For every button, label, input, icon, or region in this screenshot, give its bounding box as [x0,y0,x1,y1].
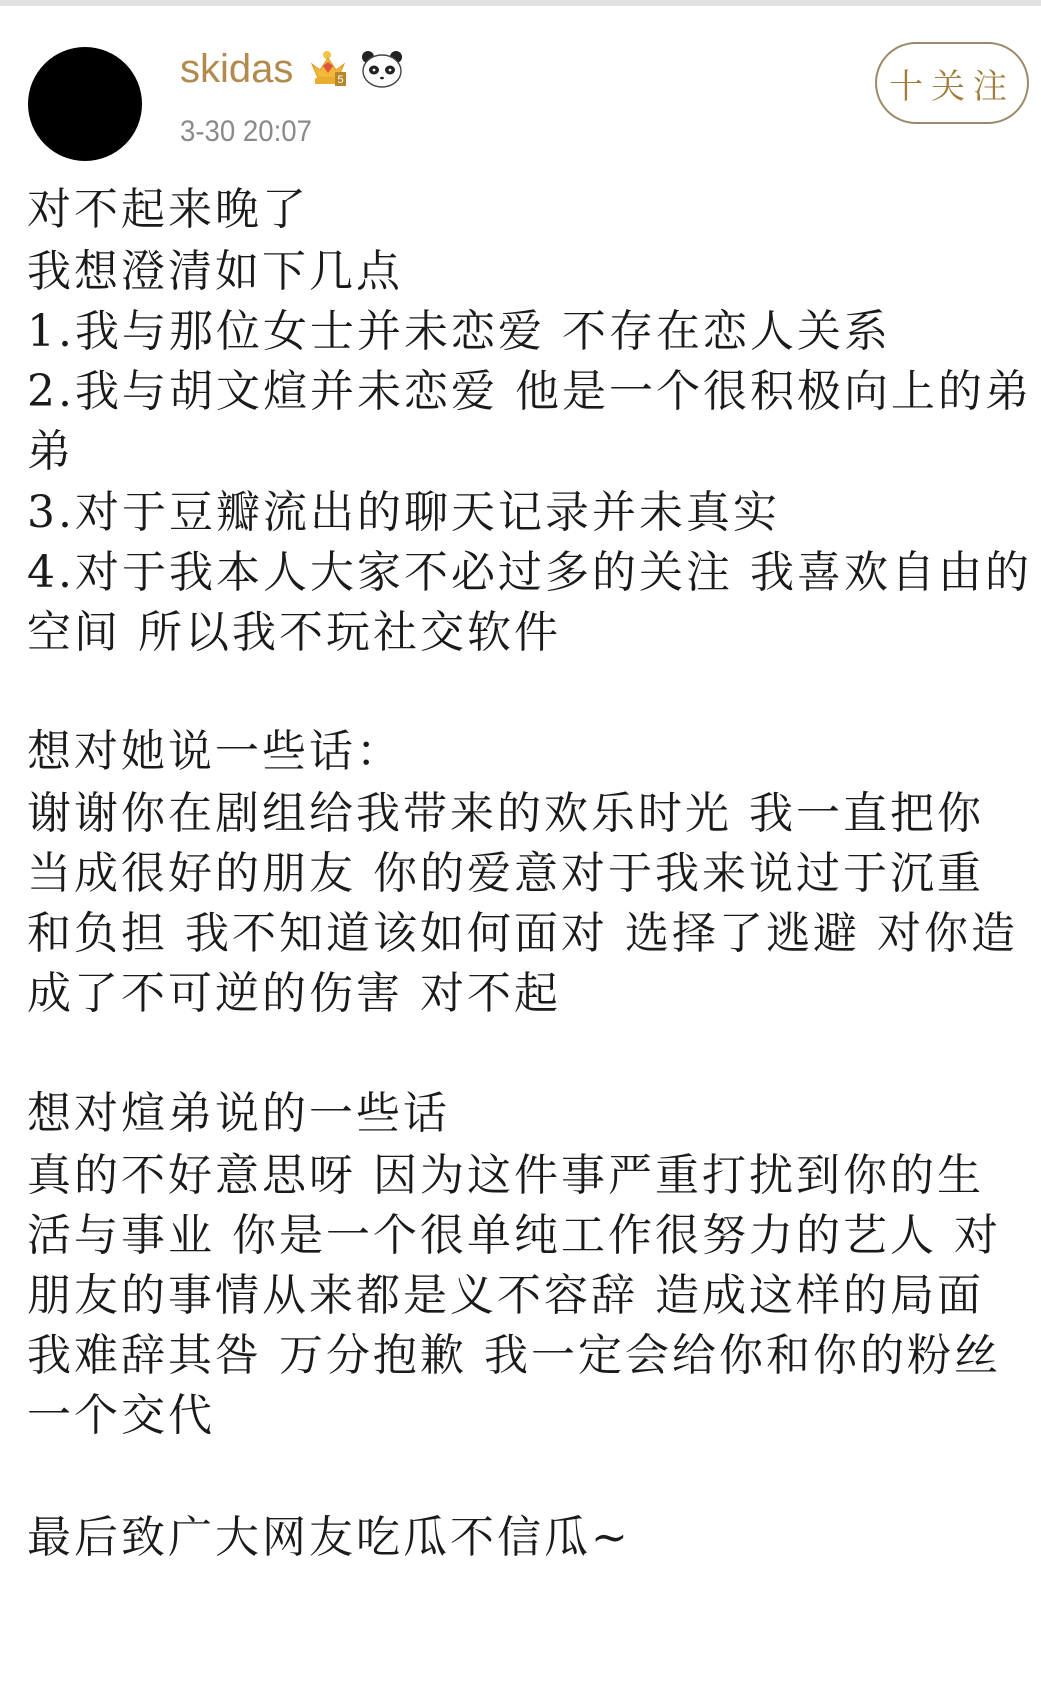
username[interactable]: skidas [180,44,293,94]
post-text-line: 弟 [27,424,74,480]
follow-button[interactable]: 十关注 [875,42,1029,124]
post-text-line: 成了不可逆的伤害 对不起 [27,966,561,1022]
post-timestamp: 3-30 20:07 [180,114,312,150]
post-text-line: 想对煊弟说的一些话 [27,1086,450,1142]
post-text-line: 1.我与那位女士并未恋爱 不存在恋人关系 [27,304,891,360]
post-text-line: 朋友的事情从来都是义不容辞 造成这样的局面 [27,1268,984,1324]
post-text-line: 想对她说一些话： [27,724,403,780]
crown-level-badge-icon[interactable]: 5 [308,48,350,90]
post-text-line: 2.我与胡文煊并未恋爱 他是一个很积极向上的弟 [27,364,1032,420]
post-text-line: 真的不好意思呀 因为这件事严重打扰到你的生 [27,1148,984,1204]
post-text-line: 一个交代 [27,1388,215,1444]
svg-text:5: 5 [337,74,343,86]
post-text-line: 最后致广大网友吃瓜不信瓜~ [27,1510,631,1566]
post-text-line: 我难辞其咎 万分抱歉 我一定会给你和你的粉丝 [27,1328,1001,1384]
top-divider [0,0,1041,6]
post-text-line: 谢谢你在剧组给我带来的欢乐时光 我一直把你 [27,786,984,842]
post-text-line: 空间 所以我不玩社交软件 [27,605,561,661]
post-text-line: 和负担 我不知道该如何面对 选择了逃避 对你造 [27,906,1018,962]
post-text-line: 4.对于我本人大家不必过多的关注 我喜欢自由的 [27,545,1032,601]
post-text-line: 我想澄清如下几点 [27,244,403,300]
post-text-line: 活与事业 你是一个很单纯工作很努力的艺人 对 [27,1208,1001,1264]
post-text-line: 3.对于豆瓣流出的聊天记录并未真实 [27,485,780,541]
panda-icon [360,48,404,90]
avatar[interactable] [28,47,142,161]
post-text-line: 对不起来晚了 [27,182,309,238]
post-text-line: 当成很好的朋友 你的爱意对于我来说过于沉重 [27,846,984,902]
